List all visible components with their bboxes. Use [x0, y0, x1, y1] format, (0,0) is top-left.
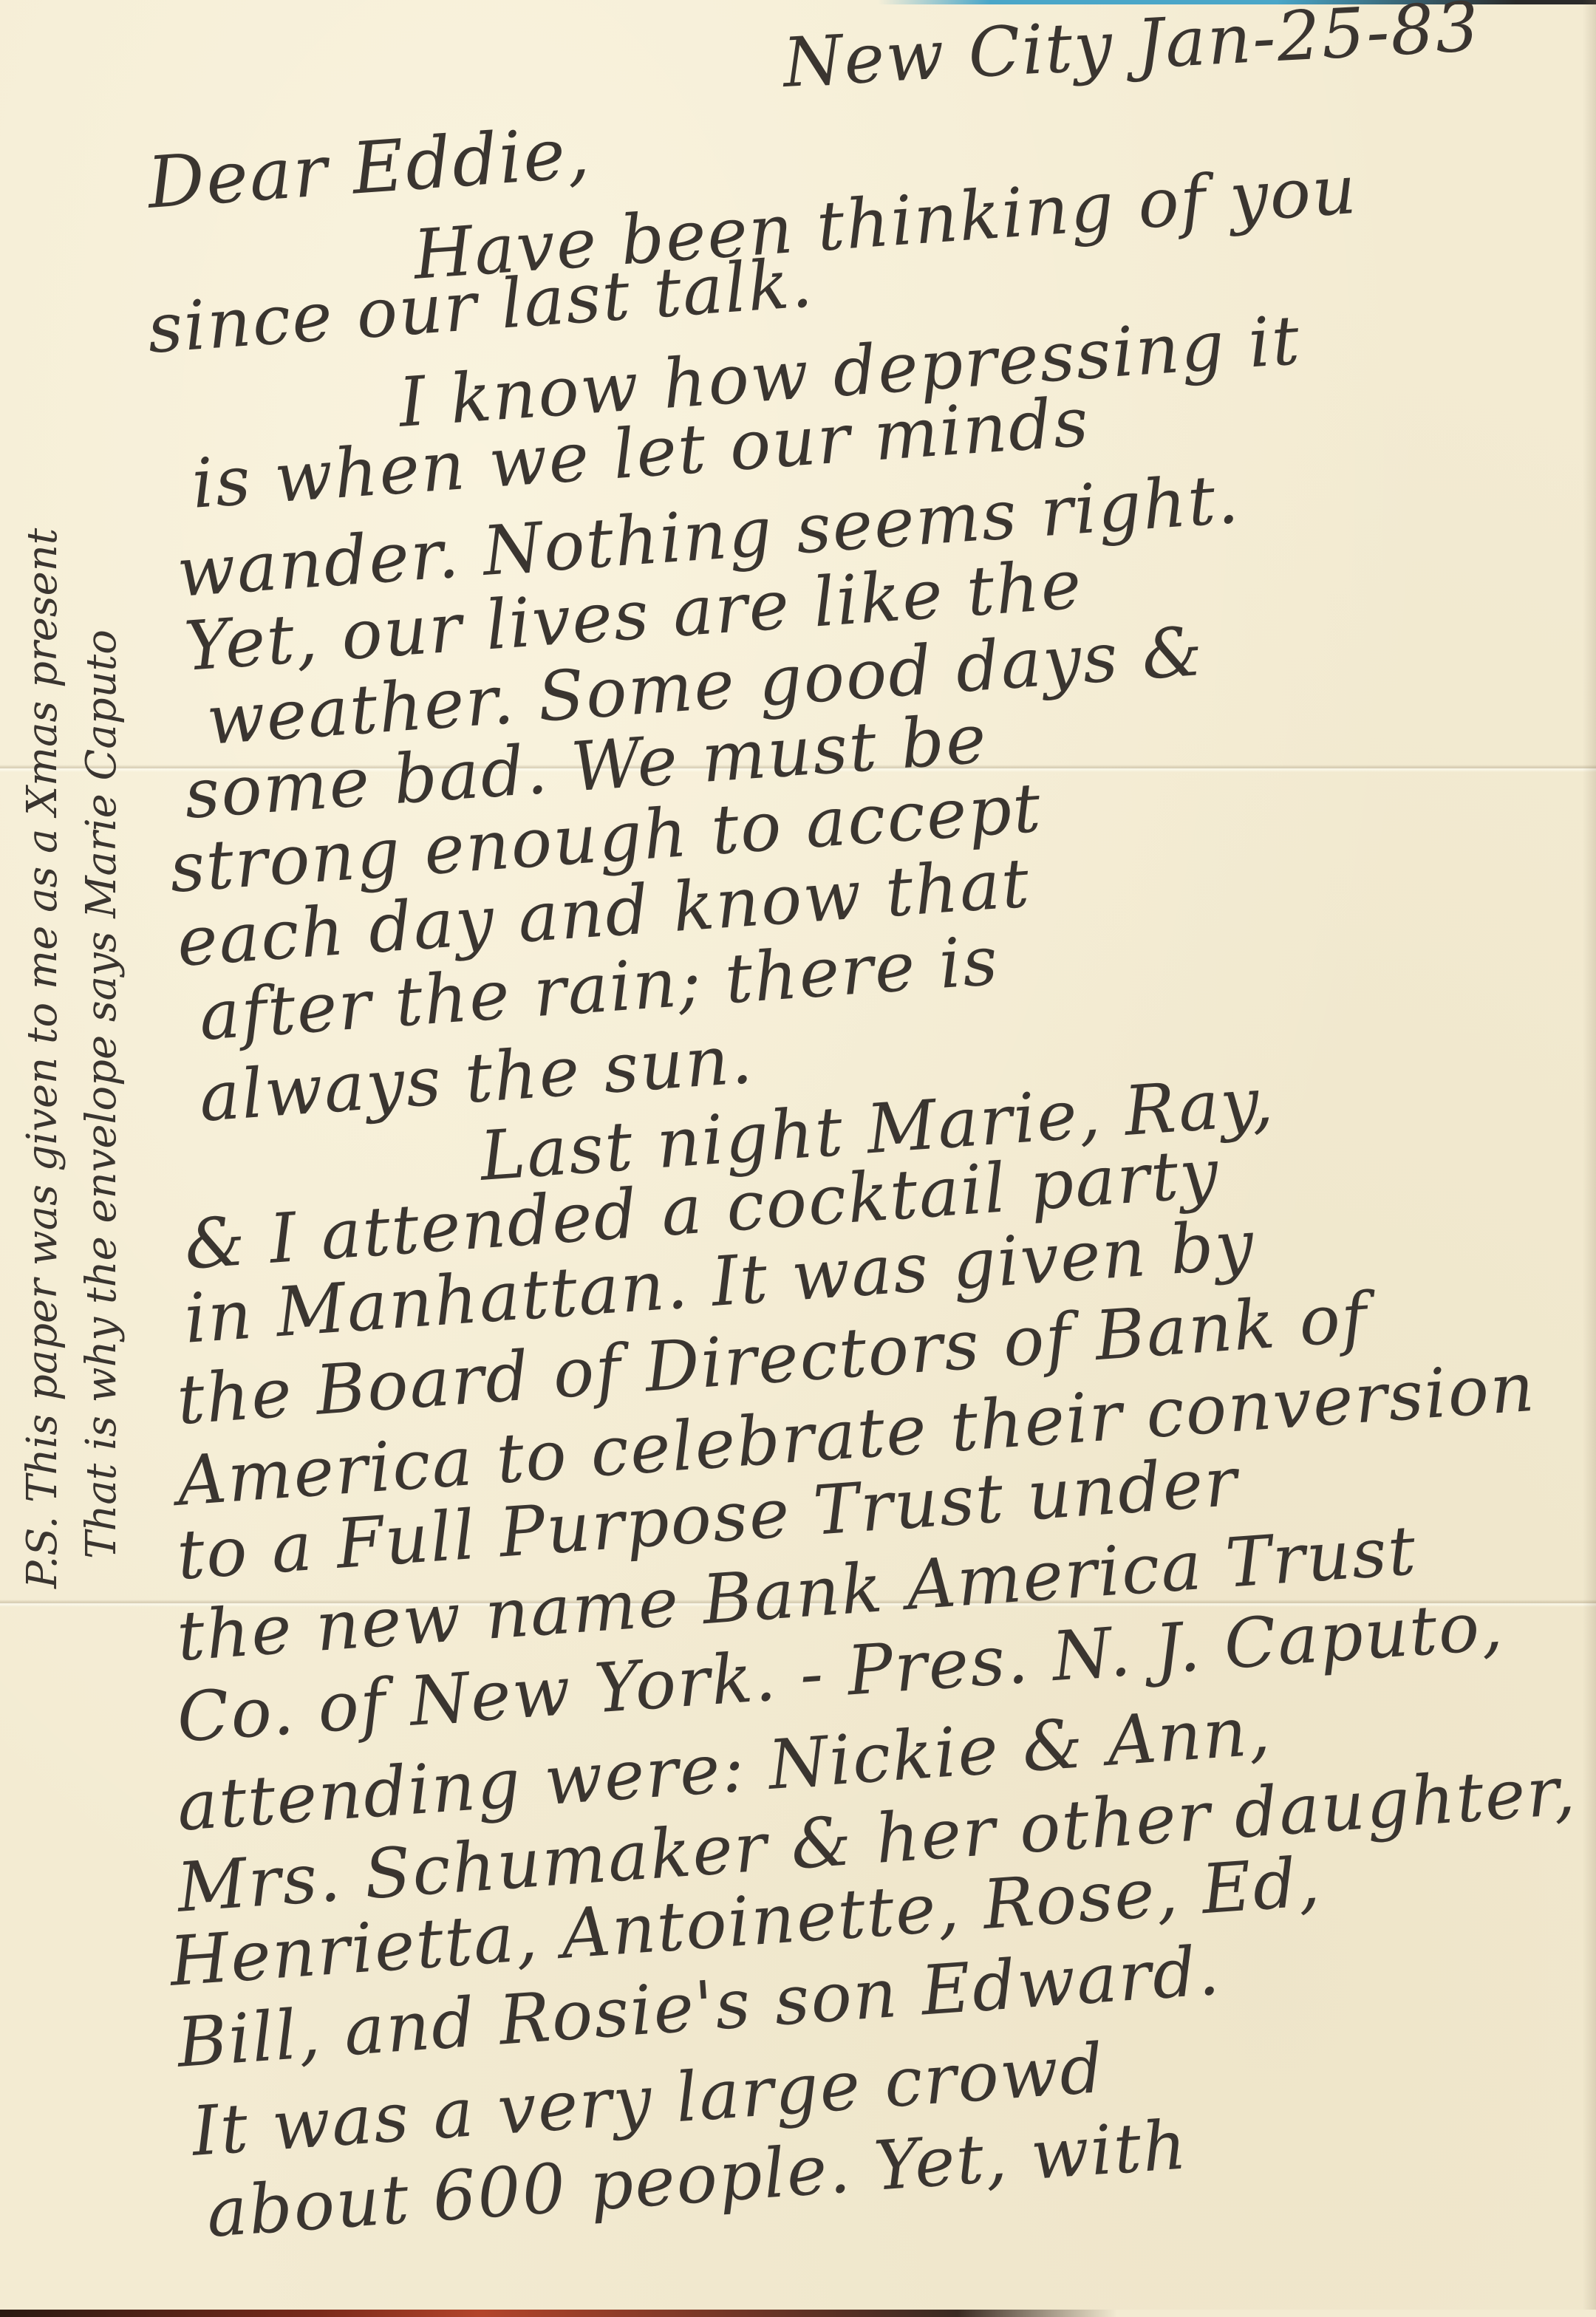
scan-bottom-edge [0, 2310, 1596, 2317]
letter-page: New City Jan-25-83 Dear Eddie, Have been… [0, 0, 1596, 2317]
place-date: New City Jan-25-83 [782, 0, 1482, 98]
postscript-line-2: That is why the envelope says Marie Capu… [81, 629, 123, 1559]
salutation: Dear Eddie, [146, 117, 593, 219]
page-edge-shadow [1583, 0, 1596, 2317]
postscript-line-1: P.S. This paper was given to me as a Xma… [22, 528, 64, 1589]
